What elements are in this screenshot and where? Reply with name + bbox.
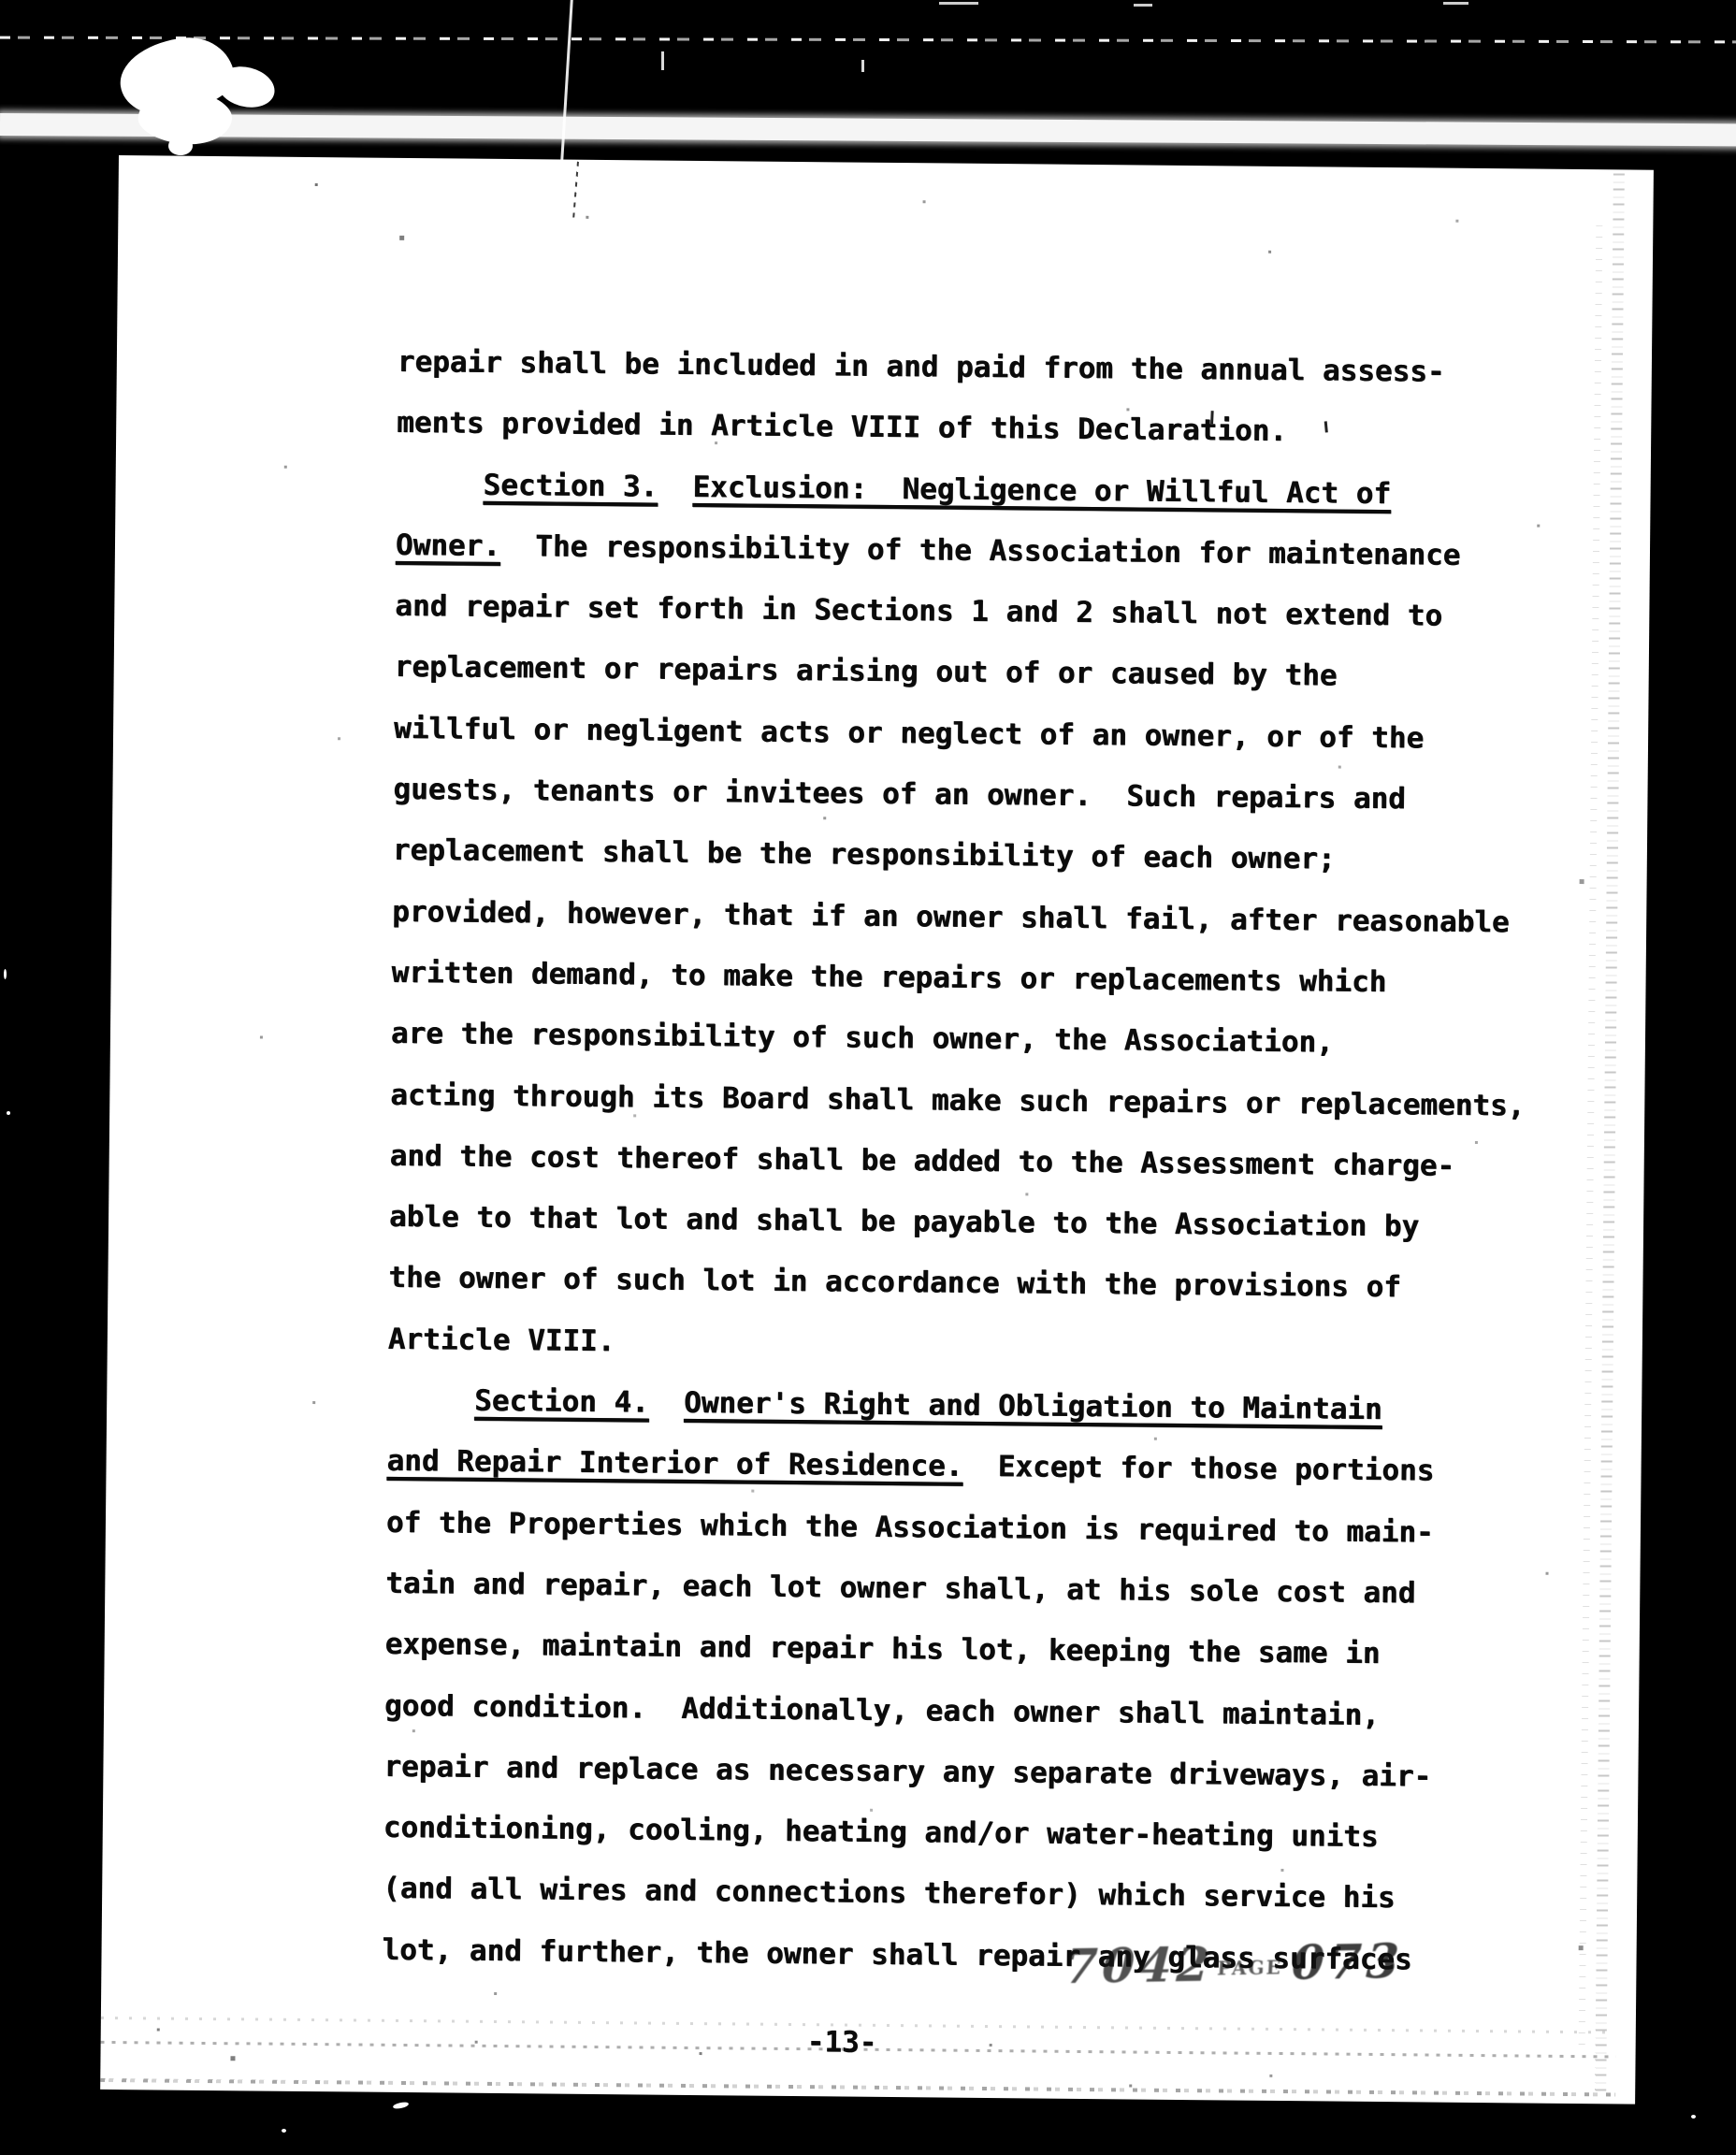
scan-artifact-streak-band bbox=[0, 113, 1736, 146]
text-segment: provided, however, that if an owner shal… bbox=[392, 895, 1510, 939]
text-segment: replacement shall be the responsibility … bbox=[393, 833, 1336, 876]
text-segment: repair shall be included in and paid fro… bbox=[398, 345, 1445, 389]
underlined-text-segment: and Repair Interior of Residence. bbox=[386, 1444, 962, 1483]
text-segment: The responsibility of the Association fo… bbox=[500, 529, 1461, 572]
text-line: lot, and further, the owner shall repair… bbox=[382, 1920, 1692, 1994]
text-segment: willful or negligent acts or neglect of … bbox=[394, 712, 1424, 756]
scan-background: repair shall be included in and paid fro… bbox=[0, 0, 1736, 2155]
text-segment: repair and replace as necessary any sepa… bbox=[383, 1750, 1431, 1794]
text-segment: and repair set forth in Sections 1 and 2… bbox=[395, 589, 1442, 633]
stamp-page-word: PAGE bbox=[1217, 1956, 1283, 1979]
text-segment: expense, maintain and repair his lot, ke… bbox=[385, 1627, 1381, 1670]
text-segment: (and all wires and connections therefor)… bbox=[383, 1872, 1396, 1915]
text-segment: guests, tenants or invitees of an owner.… bbox=[393, 773, 1406, 816]
scan-artifact-tick bbox=[861, 60, 864, 72]
scan-artifact-speck bbox=[1691, 2115, 1696, 2119]
scan-artifact-dash bbox=[1134, 4, 1152, 7]
text-segment: of the Properties which the Association … bbox=[386, 1505, 1434, 1549]
page-number: -13- bbox=[806, 2025, 876, 2061]
text-segment: conditioning, cooling, heating and/or wa… bbox=[383, 1811, 1379, 1854]
scan-artifact-scratch-continuation bbox=[572, 160, 579, 218]
scan-artifact-tick bbox=[661, 51, 664, 70]
scan-artifact-dash bbox=[1443, 2, 1468, 5]
scan-artifact-speck bbox=[4, 969, 7, 979]
text-segment: tain and repair, each lot owner shall, a… bbox=[385, 1567, 1415, 1611]
page-bottom-noise bbox=[100, 2078, 1615, 2097]
text-block: repair shall be included in and paid fro… bbox=[382, 332, 1707, 1993]
text-segment: the owner of such lot in accordance with… bbox=[388, 1261, 1401, 1304]
scan-artifact-blob bbox=[168, 137, 193, 155]
text-segment: Except for those portions bbox=[962, 1450, 1434, 1488]
page-noise-specks bbox=[119, 155, 122, 158]
scan-artifact-speck bbox=[282, 2129, 286, 2133]
text-segment: Article VIII. bbox=[388, 1323, 615, 1358]
document-page: repair shall be included in and paid fro… bbox=[100, 155, 1654, 2104]
scanned-document-screenshot: { "document": { "page_number": "-13-", "… bbox=[0, 0, 1736, 2155]
text-segment: ments provided in Article VIII of this D… bbox=[397, 406, 1287, 448]
recorder-stamp: 7042PAGE073 bbox=[1063, 1939, 1384, 1991]
underlined-text-segment: Exclusion: Negligence or Willful Act of bbox=[692, 470, 1391, 511]
text-segment: acting through its Board shall make such… bbox=[390, 1077, 1525, 1122]
text-segment bbox=[649, 1386, 685, 1420]
underlined-text-segment: Owner. bbox=[396, 528, 500, 563]
text-segment: written demand, to make the repairs or r… bbox=[391, 956, 1386, 999]
stamp-page-number: 073 bbox=[1291, 1933, 1406, 1990]
underlined-text-segment: Section 3. bbox=[483, 468, 658, 503]
scan-artifact-speck bbox=[7, 1111, 10, 1115]
text-segment: good condition. Additionally, each owner… bbox=[384, 1688, 1380, 1731]
stamp-book-number: 7042 bbox=[1063, 1937, 1215, 1995]
text-segment: able to that lot and shall be payable to… bbox=[389, 1200, 1419, 1244]
text-segment bbox=[658, 470, 693, 503]
scan-artifact-dotted-line bbox=[0, 36, 1736, 44]
text-segment: are the responsibility of such owner, th… bbox=[391, 1017, 1334, 1060]
scan-artifact-speck bbox=[393, 2101, 410, 2109]
underlined-text-segment: Section 4. bbox=[474, 1384, 649, 1420]
text-segment: and the cost thereof shall be added to t… bbox=[390, 1139, 1455, 1183]
text-segment: replacement or repairs arising out of or… bbox=[395, 650, 1338, 693]
scan-artifact-dash bbox=[939, 2, 978, 5]
underlined-text-segment: Owner's Right and Obligation to Maintain bbox=[684, 1386, 1382, 1426]
